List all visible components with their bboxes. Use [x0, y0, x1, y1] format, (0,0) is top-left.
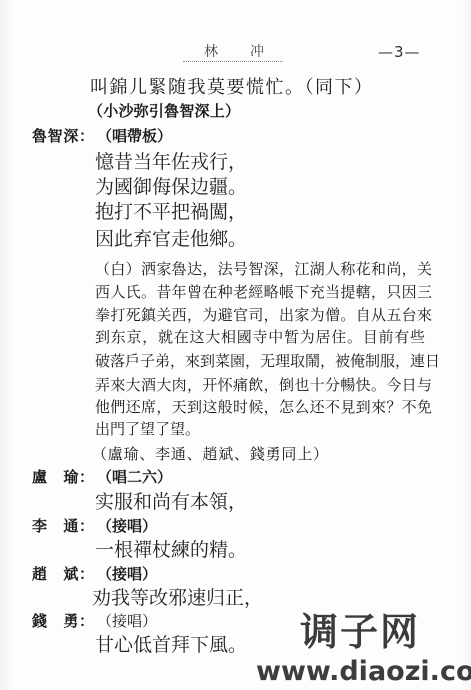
verse-line: 因此弃官走他鄉。 — [95, 230, 247, 249]
speaker-label: 錢 勇： — [32, 614, 94, 629]
header-title-char-1: 林 — [204, 45, 218, 59]
verse-line: 一根禪杖練的精。 — [95, 541, 245, 560]
speech-line: 弄來大酒大肉，开怀痛飲，倒也十分暢快。今日与 — [95, 378, 432, 393]
stage-direction-enter-lu: （小沙弥引魯智深上） — [88, 104, 240, 119]
speech-line: 出門了望了望。 — [95, 422, 195, 437]
speech-line: 他們还席，天到这般时候，怎么还不見到來？不免 — [95, 400, 432, 415]
speech-line: 破落戶子弟，來到菜園，无理取鬧，被俺制服，連日 — [95, 354, 432, 369]
speech-line: 拳打死鎮关西，为避官司，出家为僧。自从五台來 — [95, 308, 432, 323]
speaker-label: 盧 瑜： — [32, 470, 94, 485]
speech-line: （白）洒家魯达，法号智深，江湖人称花和尚，关 — [95, 262, 432, 277]
page-number: —3— — [378, 45, 421, 60]
stage-direction-text: （盧瑜、李通、趙斌、錢勇同上） — [92, 447, 328, 462]
speech-line: 到东京，就在这大相國寺中暂为居住。目前有些 — [95, 330, 425, 345]
header-dotted-rule — [183, 61, 283, 62]
singing-cue: （唱帶板） — [97, 129, 172, 144]
verse-line: 为國御侮保边疆。 — [95, 178, 247, 197]
stage-direction-text: （小沙弥引魯智深上） — [88, 104, 240, 119]
stage-direction-enter-four: （盧瑜、李通、趙斌、錢勇同上） — [92, 447, 328, 462]
header-title-char-2: 冲 — [250, 45, 264, 59]
verse-line: 憶昔当年佐戎行， — [95, 153, 247, 172]
opening-line: 叫錦儿緊随我莫要慌忙。（同下） — [90, 79, 372, 97]
speaker-label: 趙 斌： — [32, 567, 94, 582]
verse-line: 抱打不平把禍闖， — [95, 203, 247, 222]
singing-cue: （接唱） — [97, 519, 157, 534]
singing-cue: （接唱） — [97, 567, 157, 582]
verse-line: 实服和尚有本領， — [95, 493, 245, 512]
speaker-label: 李 通： — [32, 519, 94, 534]
singing-cue: （唱二六） — [97, 470, 172, 485]
watermark-brand: 调子网 — [300, 612, 418, 652]
speech-line: 西人氏。昔年曾在种老經略帳下充当提轄，只因三 — [95, 285, 432, 300]
verse-line: 甘心低首拜下風。 — [95, 636, 241, 655]
watermark-url: www.diaozi.com — [256, 657, 460, 687]
singing-cue: （接唱） — [97, 614, 157, 629]
speaker-label: 魯智深： — [32, 129, 94, 144]
verse-line: 劝我等改邪速归正， — [92, 589, 258, 608]
